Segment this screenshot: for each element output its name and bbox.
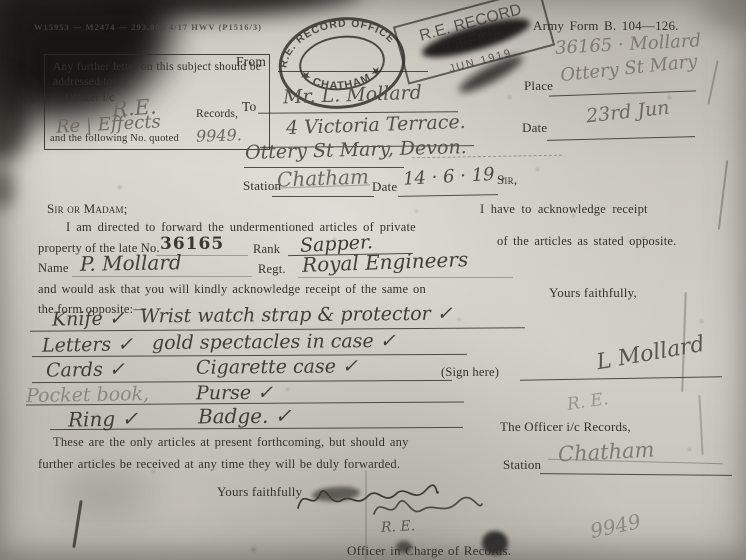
closing-line2: further articles be received at any time…	[38, 457, 400, 472]
shading	[58, 468, 150, 520]
officer-ic-records-label: The Officer i/c Records,	[500, 419, 631, 435]
ack-date-value: 23rd Jun	[585, 97, 670, 128]
date-value: 14 · 6 · 19 .	[403, 163, 507, 189]
name-value: P. Mollard	[80, 250, 182, 276]
further-letters-notice: Any further letter on this subject shoul…	[53, 60, 261, 90]
item-right: Wrist watch strap & protector ✓	[140, 303, 453, 328]
name-label: Name	[38, 261, 69, 276]
ruled-line	[398, 194, 498, 197]
pencil-unit-note: R. E.	[566, 389, 610, 415]
regiment-value: Royal Engineers	[302, 247, 469, 277]
item-left: Letters ✓	[42, 333, 134, 357]
signature-line	[520, 376, 722, 381]
sign-here-label: (Sign here)	[441, 365, 499, 380]
pencil-number-bottom: 9949	[588, 509, 643, 543]
item-right: gold spectacles in case ✓	[152, 330, 396, 354]
officer-ic-label: Officer i/c	[65, 91, 261, 106]
pencil-stroke	[718, 160, 729, 230]
rank-label: Rank	[253, 242, 280, 257]
svg-text:R.E. RECORD OFFICE: R.E. RECORD OFFICE	[272, 11, 399, 70]
ruled-line	[549, 90, 696, 97]
date-label: Date	[372, 179, 397, 195]
valediction-left: Yours faithfully	[217, 484, 302, 500]
ruled-line	[298, 277, 513, 278]
pencil-stroke	[707, 60, 718, 104]
shading	[700, 0, 746, 32]
recipient-signature: L Mollard	[595, 332, 707, 376]
item-right: Cigarette case ✓	[196, 355, 358, 378]
paper-speckles	[0, 0, 3, 3]
ruled-line	[278, 71, 428, 72]
valediction-right: Yours faithfully,	[549, 285, 637, 301]
records-label: Records,	[196, 108, 238, 120]
to-label: To	[242, 99, 256, 115]
ruled-line	[272, 196, 374, 197]
print-code: W15953 — M2474 — 293,000 4/17 HWV (P1516…	[34, 22, 262, 32]
oval-stamp-arc-text: R.E. RECORD OFFICE	[272, 11, 399, 70]
pencil-stroke	[698, 395, 703, 455]
signature-unit-note: R. E.	[381, 518, 416, 536]
ack-salutation: Sir,	[497, 172, 517, 188]
officer-footer: Officer in Charge of Records.	[347, 543, 511, 559]
ack-body-line2: of the articles as stated opposite.	[497, 234, 676, 249]
ruled-line	[72, 276, 252, 277]
salutation: Sir or Madam;	[47, 201, 128, 217]
ack-station-label: Station	[503, 457, 541, 473]
item-left: Knife ✓	[52, 307, 125, 330]
item-right: Purse ✓	[196, 382, 273, 405]
from-label: From	[236, 54, 266, 70]
regiment-label: Regt.	[258, 262, 286, 277]
ruled-line	[547, 136, 695, 141]
ink-blot	[0, 168, 14, 210]
place-label: Place	[524, 78, 553, 94]
document-scan: W15953 — M2474 — 293,000 4/17 HWV (P1516…	[0, 0, 746, 560]
hw-quote-number: 9949.	[196, 125, 242, 146]
closing-line1: These are the only articles at present f…	[53, 435, 409, 450]
ruled-line	[540, 473, 732, 476]
item-left: Cards ✓	[46, 358, 125, 381]
address-line2: Ottery St Mary, Devon.	[245, 136, 467, 164]
quote-line: and the following No. quoted	[50, 133, 179, 144]
body-line2: and would ask that you will kindly ackno…	[38, 282, 426, 297]
ack-date-label: Date	[522, 120, 547, 136]
item-right: Badge. ✓	[198, 404, 292, 429]
station-label: Station	[243, 178, 281, 194]
ack-body-line1: I have to acknowledge receipt	[480, 202, 648, 217]
